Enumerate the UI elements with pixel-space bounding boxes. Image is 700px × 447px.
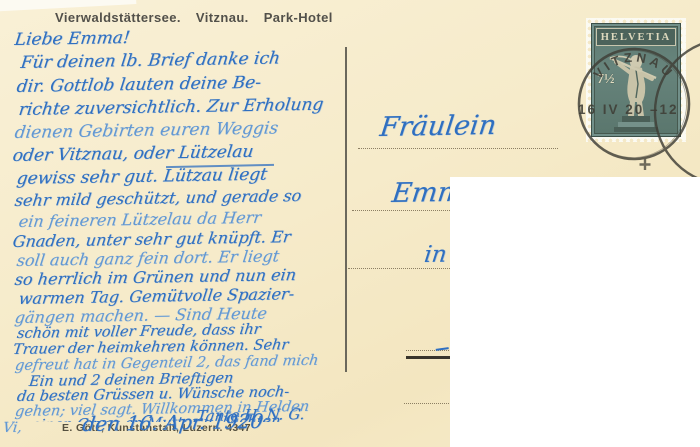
ink-stroke xyxy=(436,347,450,355)
message-line: oder Vitznau, oder Lützelau xyxy=(12,142,255,166)
address-line3: in xyxy=(423,242,448,268)
message-line: sehr mild geschützt, und gerade so xyxy=(14,186,303,210)
address-dotted-line xyxy=(358,148,558,149)
message-line: gewiss sehr gut. Lützau liegt xyxy=(16,165,269,189)
stamp-country-label: HELVETIA xyxy=(601,32,671,43)
address-dotted-line xyxy=(352,210,452,211)
stamp-design: HELVETIA 7½ xyxy=(591,23,681,137)
dateline-fragment: Vi, xyxy=(2,420,23,436)
address-dotted-line xyxy=(348,268,452,269)
postage-stamp: HELVETIA 7½ xyxy=(586,18,686,142)
message-line: dir. Gottlob lauten deine Be- xyxy=(16,73,263,97)
message-line: Für deinen lb. Brief danke ich xyxy=(20,48,282,73)
redaction-box xyxy=(450,177,700,447)
message-line: dienen Gebirten euren Weggis xyxy=(14,118,280,143)
printed-header: Vierwaldstättersee.Vitznau.Park-Hotel xyxy=(55,10,348,25)
address-salutation: Fräulein xyxy=(378,110,498,143)
dateline: den 16. Apr. 1920 xyxy=(81,409,265,436)
header-town-name: Vitznau. xyxy=(196,10,249,25)
address-dotted-line xyxy=(404,403,453,404)
message-line: Liebe Emma! xyxy=(14,30,131,50)
postcard-back: Vierwaldstättersee.Vitznau.Park-Hotel Li… xyxy=(0,0,700,447)
header-lake-name: Vierwaldstättersee. xyxy=(55,10,181,25)
address-rule-line xyxy=(406,356,453,359)
message-line: richte zuversichtlich. Zur Erholung xyxy=(18,95,325,120)
handwritten-message: Liebe Emma! Für deinen lb. Brief danke i… xyxy=(6,30,350,422)
tell-boy-figure-icon xyxy=(592,44,680,134)
header-hotel-name: Park-Hotel xyxy=(264,10,333,25)
